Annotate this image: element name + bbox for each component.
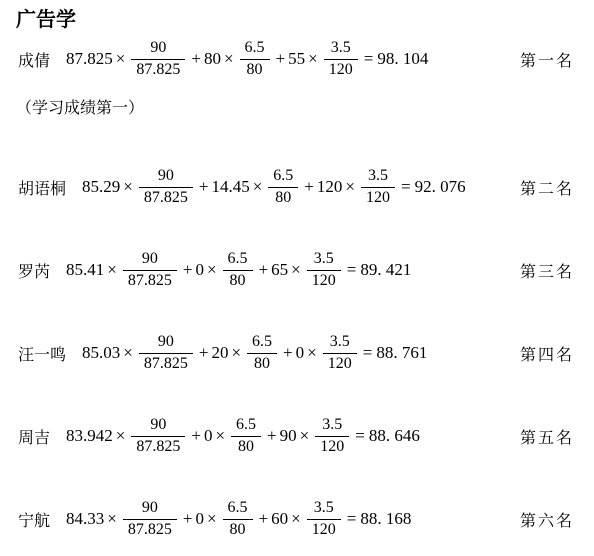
fraction-numerator: 6.5 bbox=[223, 499, 253, 519]
coefficient-2: 80 bbox=[204, 49, 221, 69]
fraction-denominator: 120 bbox=[307, 520, 341, 539]
multiply-operator: × bbox=[291, 509, 301, 529]
equals-operator: = bbox=[347, 260, 357, 280]
fraction-numerator: 6.5 bbox=[240, 39, 270, 59]
rank-label: 第一名 bbox=[520, 48, 574, 71]
score-formula: 87.825 × 9087.825 + 80 × 6.580 + 55 × 3.… bbox=[65, 39, 428, 79]
score-result: 89. 421 bbox=[360, 260, 411, 280]
fraction: 9087.825 bbox=[131, 39, 185, 79]
fraction-numerator: 3.5 bbox=[307, 250, 341, 270]
fraction: 9087.825 bbox=[139, 167, 193, 207]
fraction-numerator: 6.5 bbox=[223, 250, 253, 270]
fraction-numerator: 3.5 bbox=[307, 499, 341, 519]
coefficient-2: 14.45 bbox=[211, 177, 249, 197]
plus-operator: + bbox=[191, 426, 201, 446]
rank-label: 第二名 bbox=[520, 176, 574, 199]
multiply-operator: × bbox=[308, 49, 318, 69]
fraction-denominator: 80 bbox=[231, 437, 261, 456]
student-name: 宁航 bbox=[18, 508, 50, 531]
fraction-numerator: 3.5 bbox=[315, 416, 349, 436]
rank-label: 第四名 bbox=[520, 342, 574, 365]
score-formula: 83.942 × 9087.825 + 0 × 6.580 + 90 × 3.5… bbox=[65, 416, 420, 456]
page-title: 广告学 bbox=[0, 0, 594, 32]
coefficient-1: 85.41 bbox=[66, 260, 104, 280]
plus-operator: + bbox=[276, 49, 286, 69]
multiply-operator: × bbox=[116, 49, 126, 69]
score-formula: 85.41 × 9087.825 + 0 × 6.580 + 65 × 3.51… bbox=[65, 250, 411, 290]
multiply-operator: × bbox=[207, 509, 217, 529]
fraction: 6.580 bbox=[231, 416, 261, 456]
equals-operator: = bbox=[401, 177, 411, 197]
fraction-numerator: 90 bbox=[131, 416, 185, 436]
coefficient-1: 84.33 bbox=[66, 509, 104, 529]
coefficient-2: 20 bbox=[211, 343, 228, 363]
score-row: 周吉 83.942 × 9087.825 + 0 × 6.580 + 90 × … bbox=[0, 411, 594, 461]
multiply-operator: × bbox=[215, 426, 225, 446]
multiply-operator: × bbox=[224, 49, 234, 69]
multiply-operator: × bbox=[291, 260, 301, 280]
fraction-denominator: 120 bbox=[315, 437, 349, 456]
fraction-denominator: 87.825 bbox=[131, 60, 185, 79]
multiply-operator: × bbox=[207, 260, 217, 280]
score-row: 宁航 84.33 × 9087.825 + 0 × 6.580 + 60 × 3… bbox=[0, 494, 594, 544]
fraction: 6.580 bbox=[223, 499, 253, 539]
fraction-denominator: 80 bbox=[268, 188, 298, 207]
plus-operator: + bbox=[259, 260, 269, 280]
score-formula: 85.03 × 9087.825 + 20 × 6.580 + 0 × 3.51… bbox=[81, 333, 427, 373]
fraction: 3.5120 bbox=[324, 39, 358, 79]
fraction: 3.5120 bbox=[323, 333, 357, 373]
fraction: 6.580 bbox=[240, 39, 270, 79]
plus-operator: + bbox=[259, 509, 269, 529]
fraction: 3.5120 bbox=[307, 250, 341, 290]
fraction-numerator: 90 bbox=[131, 39, 185, 59]
multiply-operator: × bbox=[116, 426, 126, 446]
coefficient-1: 83.942 bbox=[66, 426, 113, 446]
student-name: 罗芮 bbox=[18, 259, 50, 282]
multiply-operator: × bbox=[300, 426, 310, 446]
fraction-denominator: 87.825 bbox=[123, 520, 177, 539]
coefficient-3: 90 bbox=[280, 426, 297, 446]
score-result: 88. 646 bbox=[369, 426, 420, 446]
equals-operator: = bbox=[355, 426, 365, 446]
fraction: 9087.825 bbox=[123, 250, 177, 290]
fraction-numerator: 6.5 bbox=[247, 333, 277, 353]
coefficient-1: 85.03 bbox=[82, 343, 120, 363]
multiply-operator: × bbox=[253, 177, 263, 197]
fraction-numerator: 6.5 bbox=[268, 167, 298, 187]
multiply-operator: × bbox=[107, 509, 117, 529]
coefficient-2: 0 bbox=[195, 260, 204, 280]
fraction-denominator: 87.825 bbox=[131, 437, 185, 456]
score-row: 汪一鸣 85.03 × 9087.825 + 20 × 6.580 + 0 × … bbox=[0, 328, 594, 378]
fraction-denominator: 120 bbox=[324, 60, 358, 79]
multiply-operator: × bbox=[307, 343, 317, 363]
rank-label: 第六名 bbox=[520, 508, 574, 531]
student-name: 成倩 bbox=[18, 48, 50, 71]
score-row: 成倩 87.825 × 9087.825 + 80 × 6.580 + 55 ×… bbox=[0, 34, 594, 84]
multiply-operator: × bbox=[231, 343, 241, 363]
equals-operator: = bbox=[363, 343, 373, 363]
equals-operator: = bbox=[364, 49, 374, 69]
fraction: 3.5120 bbox=[307, 499, 341, 539]
coefficient-2: 0 bbox=[204, 426, 213, 446]
multiply-operator: × bbox=[345, 177, 355, 197]
score-formula: 84.33 × 9087.825 + 0 × 6.580 + 60 × 3.51… bbox=[65, 499, 411, 539]
fraction-denominator: 120 bbox=[307, 271, 341, 290]
fraction-numerator: 6.5 bbox=[231, 416, 261, 436]
multiply-operator: × bbox=[123, 343, 133, 363]
plus-operator: + bbox=[304, 177, 314, 197]
plus-operator: + bbox=[267, 426, 277, 446]
fraction-denominator: 80 bbox=[240, 60, 270, 79]
fraction: 3.5120 bbox=[361, 167, 395, 207]
fraction: 9087.825 bbox=[123, 499, 177, 539]
coefficient-3: 65 bbox=[271, 260, 288, 280]
rank-label: 第三名 bbox=[520, 259, 574, 282]
score-formula: 85.29 × 9087.825 + 14.45 × 6.580 + 120 ×… bbox=[81, 167, 466, 207]
fraction-numerator: 3.5 bbox=[323, 333, 357, 353]
fraction: 6.580 bbox=[247, 333, 277, 373]
multiply-operator: × bbox=[107, 260, 117, 280]
fraction-denominator: 80 bbox=[223, 520, 253, 539]
plus-operator: + bbox=[283, 343, 293, 363]
fraction-denominator: 120 bbox=[361, 188, 395, 207]
score-result: 92. 076 bbox=[415, 177, 466, 197]
fraction: 9087.825 bbox=[131, 416, 185, 456]
fraction: 3.5120 bbox=[315, 416, 349, 456]
score-result: 88. 761 bbox=[376, 343, 427, 363]
note-text: （学习成绩第一） bbox=[16, 98, 594, 120]
fraction-numerator: 90 bbox=[139, 167, 193, 187]
plus-operator: + bbox=[191, 49, 201, 69]
student-name: 周吉 bbox=[18, 425, 50, 448]
fraction-numerator: 3.5 bbox=[324, 39, 358, 59]
coefficient-3: 120 bbox=[317, 177, 343, 197]
fraction: 6.580 bbox=[268, 167, 298, 207]
equals-operator: = bbox=[347, 509, 357, 529]
rank-label: 第五名 bbox=[520, 425, 574, 448]
coefficient-1: 85.29 bbox=[82, 177, 120, 197]
plus-operator: + bbox=[183, 260, 193, 280]
plus-operator: + bbox=[199, 177, 209, 197]
fraction-numerator: 3.5 bbox=[361, 167, 395, 187]
fraction: 9087.825 bbox=[139, 333, 193, 373]
score-row: 胡语桐 85.29 × 9087.825 + 14.45 × 6.580 + 1… bbox=[0, 162, 594, 212]
fraction-denominator: 87.825 bbox=[139, 354, 193, 373]
plus-operator: + bbox=[199, 343, 209, 363]
score-result: 98. 104 bbox=[377, 49, 428, 69]
student-name: 汪一鸣 bbox=[18, 342, 66, 365]
fraction-denominator: 80 bbox=[247, 354, 277, 373]
fraction: 6.580 bbox=[223, 250, 253, 290]
student-name: 胡语桐 bbox=[18, 176, 66, 199]
multiply-operator: × bbox=[123, 177, 133, 197]
fraction-denominator: 120 bbox=[323, 354, 357, 373]
fraction-denominator: 87.825 bbox=[139, 188, 193, 207]
score-row: 罗芮 85.41 × 9087.825 + 0 × 6.580 + 65 × 3… bbox=[0, 245, 594, 295]
coefficient-1: 87.825 bbox=[66, 49, 113, 69]
coefficient-3: 55 bbox=[288, 49, 305, 69]
plus-operator: + bbox=[183, 509, 193, 529]
coefficient-2: 0 bbox=[195, 509, 204, 529]
fraction-numerator: 90 bbox=[139, 333, 193, 353]
score-result: 88. 168 bbox=[360, 509, 411, 529]
coefficient-3: 0 bbox=[296, 343, 305, 363]
coefficient-3: 60 bbox=[271, 509, 288, 529]
fraction-numerator: 90 bbox=[123, 250, 177, 270]
fraction-denominator: 87.825 bbox=[123, 271, 177, 290]
fraction-denominator: 80 bbox=[223, 271, 253, 290]
fraction-numerator: 90 bbox=[123, 499, 177, 519]
